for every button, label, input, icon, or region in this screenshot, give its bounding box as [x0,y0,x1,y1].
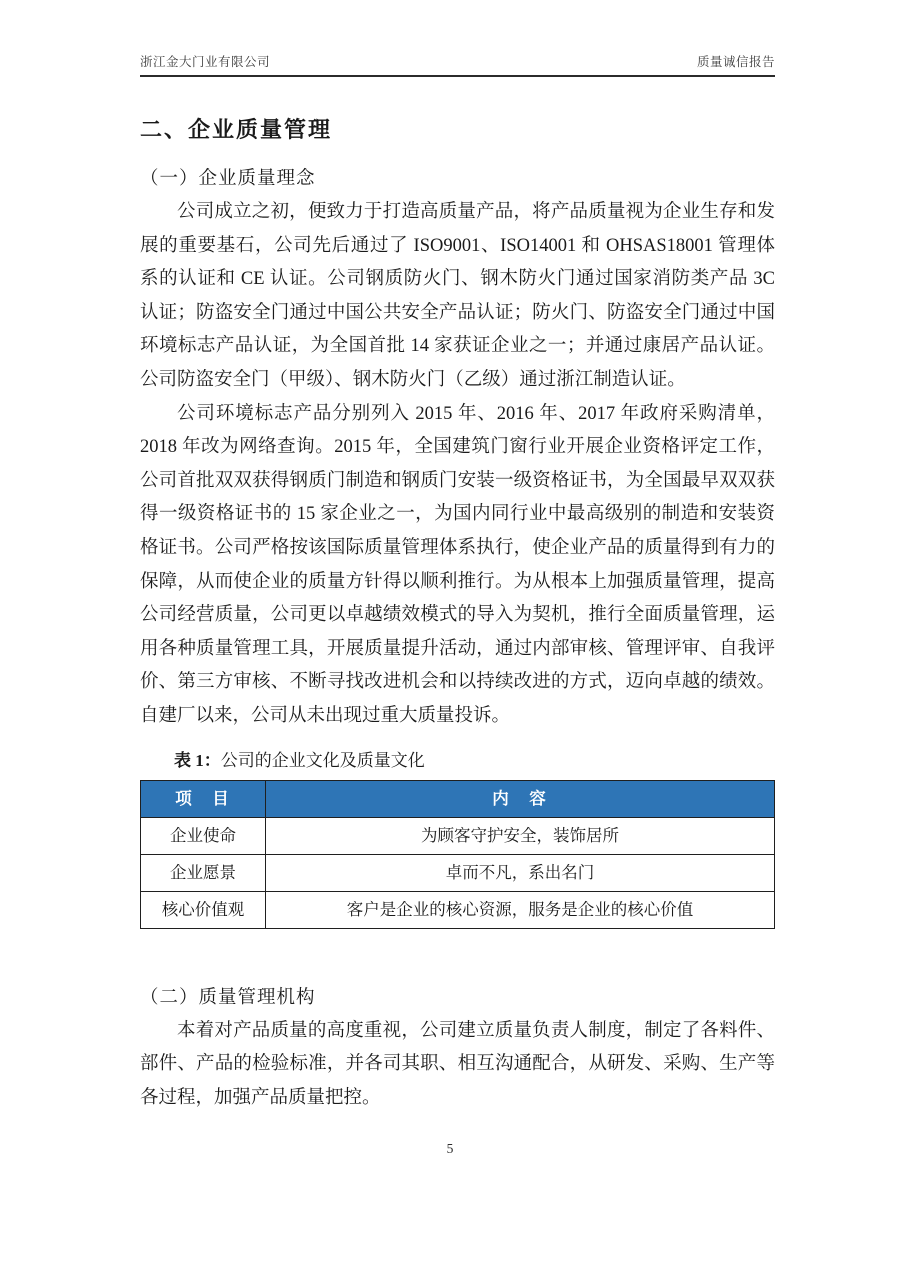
page-header: 浙江金大门业有限公司 质量诚信报告 [140,52,775,77]
page-number: 5 [0,1141,900,1157]
table-row: 企业愿景 卓而不凡，系出名门 [141,854,775,891]
table-cell-item: 企业愿景 [141,854,266,891]
table-cell-content: 为顾客守护安全，装饰居所 [265,817,774,854]
table-header-row: 项 目 内 容 [141,780,775,817]
header-company-name: 浙江金大门业有限公司 [140,52,270,70]
section-1-paragraph-1: 公司成立之初，便致力于打造高质量产品，将产品质量视为企业生存和发展的重要基石，公… [140,196,775,398]
table-cell-content: 卓而不凡，系出名门 [265,854,774,891]
table-caption: 表 1：公司的企业文化及质量文化 [140,748,775,774]
table-row: 企业使命 为顾客守护安全，装饰居所 [141,817,775,854]
table-header-cell: 内 容 [265,780,774,817]
section-1-heading: （一）企业质量理念 [140,164,775,190]
table-caption-text: 公司的企业文化及质量文化 [221,751,425,770]
table-row: 核心价值观 客户是企业的核心资源，服务是企业的核心价值 [141,891,775,928]
header-report-title: 质量诚信报告 [697,52,775,70]
table-header-cell: 项 目 [141,780,266,817]
table-caption-label: 表 1： [174,751,221,770]
section-2-heading: （二）质量管理机构 [140,983,775,1009]
section-2-paragraph-1: 本着对产品质量的高度重视，公司建立质量负责人制度，制定了各料件、部件、产品的检验… [140,1015,775,1116]
table-cell-item: 企业使命 [141,817,266,854]
page-title: 二、企业质量管理 [140,113,775,144]
table-cell-item: 核心价值观 [141,891,266,928]
table-cell-content: 客户是企业的核心资源，服务是企业的核心价值 [265,891,774,928]
section-1-paragraph-2: 公司环境标志产品分别列入 2015 年、2016 年、2017 年政府采购清单，… [140,398,775,734]
culture-table: 项 目 内 容 企业使命 为顾客守护安全，装饰居所 企业愿景 卓而不凡，系出名门… [140,780,775,929]
document-page: 浙江金大门业有限公司 质量诚信报告 二、企业质量管理 （一）企业质量理念 公司成… [0,0,900,1261]
